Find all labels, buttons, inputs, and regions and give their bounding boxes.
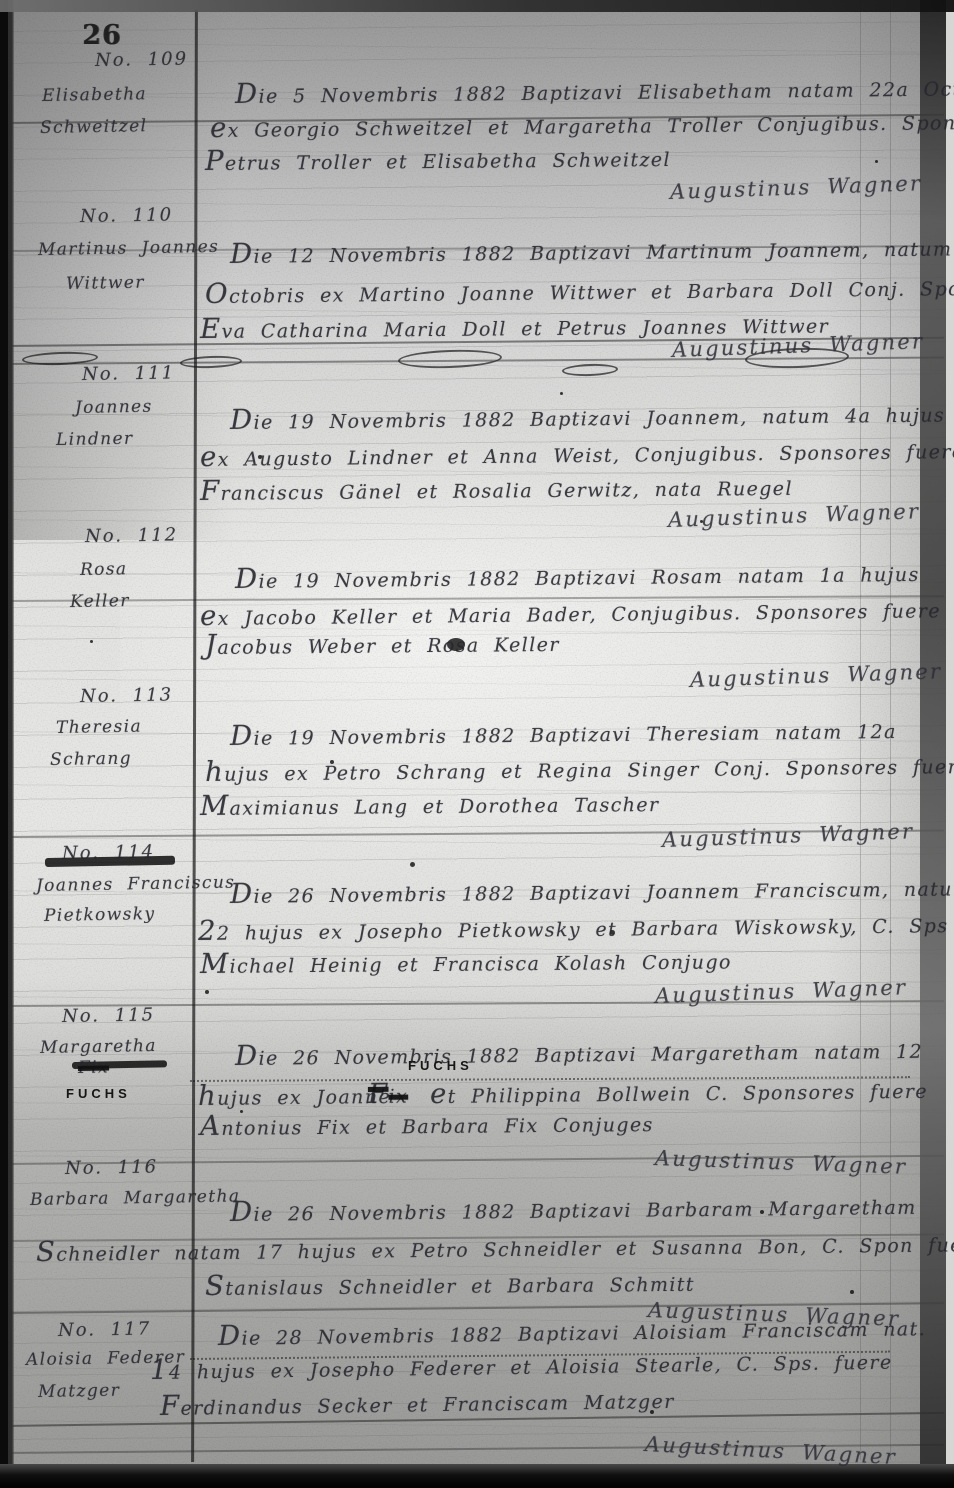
scan-noise-texture bbox=[0, 0, 954, 1488]
page-number: 26 bbox=[82, 20, 122, 51]
scanned-register-page: 26 No. 109 Elisabetha Schweitzel Die 5 N… bbox=[0, 0, 954, 1488]
